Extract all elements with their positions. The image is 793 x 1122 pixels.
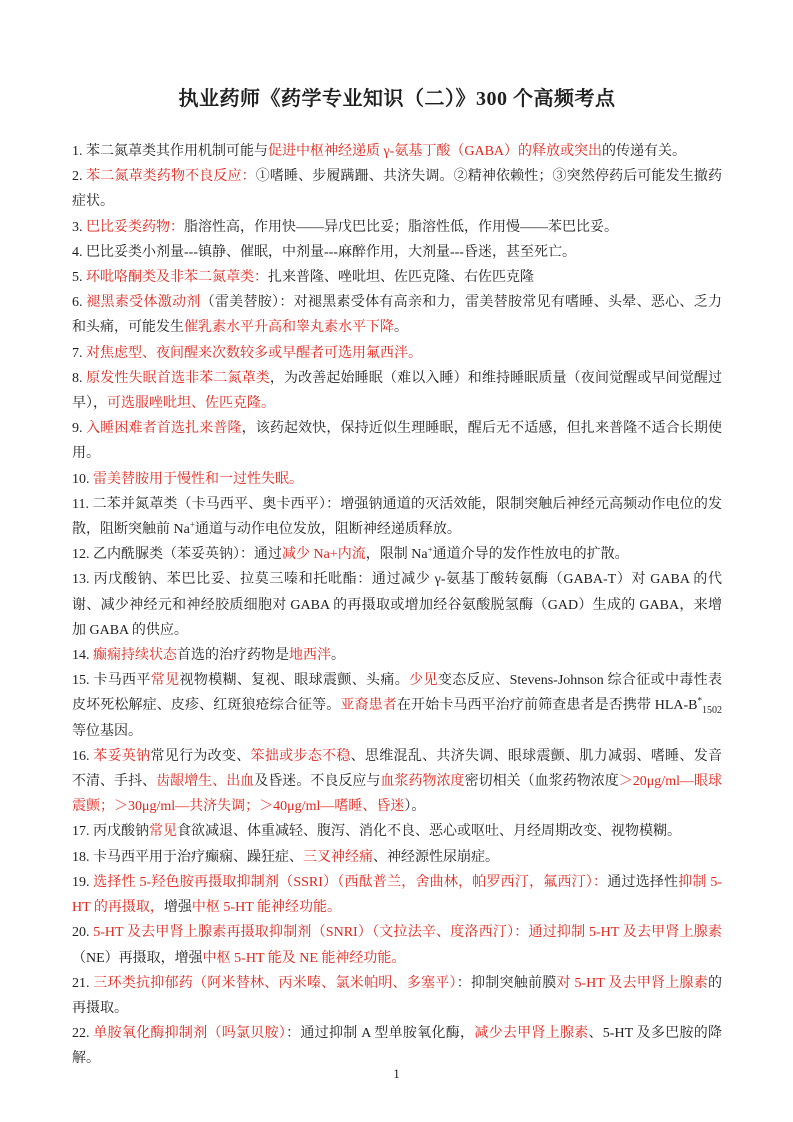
text-run: 4. 巴比妥类小剂量---镇静、催眠，中剂量---麻醉作用，大剂量---昏迷，甚… [72, 245, 576, 260]
document-page: 执业药师《药学专业知识（二）》300 个高频考点 1. 苯二氮䓬类其作用机制可能… [0, 0, 793, 1122]
paragraph: 7. 对焦虑型、夜间醒来次数较多或早醒者可选用氟西泮。 [72, 341, 722, 366]
text-run: 10. [72, 472, 93, 487]
text-run: 环吡咯酮类及非苯二氮䓬类： [86, 270, 268, 285]
text-run: 5. [72, 270, 86, 285]
text-run: 视物模糊、复视、眼球震颤、头痛。 [179, 673, 409, 688]
text-run: 及昏迷。不良反应与 [254, 774, 380, 789]
text-run: 的传递有关。 [602, 144, 686, 159]
text-run: 常见行为改变、 [150, 749, 250, 764]
text-run: ：通过抑制 A 型单胺氧化酶， [286, 1026, 474, 1041]
text-run: 亚裔患者 [340, 698, 397, 713]
text-run: 常见 [149, 824, 177, 839]
paragraph: 13. 丙戊酸钠、苯巴比妥、拉莫三嗪和托吡酯：通过减少 γ-氨基丁酸转氨酶（GA… [72, 567, 722, 643]
text-run: 。 [331, 648, 345, 663]
text-run: 19. [72, 875, 93, 890]
text-run: 通道介导的发作性放电的扩散。 [433, 547, 629, 562]
text-run: 中枢 5-HT 能及 NE 能神经功能。 [203, 951, 406, 966]
paragraph: 1. 苯二氮䓬类其作用机制可能与促进中枢神经递质 γ-氨基丁酸（GABA）的释放… [72, 139, 722, 164]
text-run: 通过选择性 [607, 875, 678, 890]
text-run: 三环类抗抑郁药（阿米替林、丙米嗪、氯米帕明、多塞平） [93, 976, 456, 991]
text-run: （NE）再摄取，增强 [72, 951, 203, 966]
paragraph: 19. 选择性 5-羟色胺再摄取抑制剂（SSRI）（西酞普兰，舍曲林，帕罗西汀，… [72, 870, 722, 920]
text-run: 18. 卡马西平用于治疗癫痫、躁狂症、 [72, 850, 303, 865]
text-run: 褪黑素受体激动剂 [86, 295, 200, 310]
text-run: 17. 丙戊酸钠 [72, 824, 149, 839]
text-run: 20. [72, 925, 93, 940]
text-run: 13. 丙戊酸钠、苯巴比妥、拉莫三嗪和托吡酯：通过减少 γ-氨基丁酸转氨酶（GA… [72, 572, 722, 637]
paragraph: 18. 卡马西平用于治疗癫痫、躁狂症、三叉神经痛、神经源性尿崩症。 [72, 845, 722, 870]
text-run: 苯二氮䓬类药物不良反应： [86, 169, 256, 184]
text-run: 血浆药物浓度 [380, 774, 464, 789]
text-run: 对 5-HT 及去甲肾上腺素 [556, 976, 708, 991]
document-body: 1. 苯二氮䓬类其作用机制可能与促进中枢神经递质 γ-氨基丁酸（GABA）的释放… [72, 139, 722, 1072]
paragraph: 3. 巴比妥类药物：脂溶性高，作用快——异戊巴比妥；脂溶性低，作用慢——苯巴比妥… [72, 215, 722, 240]
text-run: 原发性失眠首选非苯二氮䓬类 [86, 371, 270, 386]
text-run: 苯妥英钠 [93, 749, 150, 764]
text-run: 巴比妥类药物： [86, 220, 184, 235]
text-run: 、神经源性尿崩症。 [373, 850, 499, 865]
text-run: 可选服唑吡坦、佐匹克隆。 [107, 396, 275, 411]
text-run: 3. [72, 220, 86, 235]
text-run: 9. [72, 421, 86, 436]
text-run: 减少去甲肾上腺素 [474, 1026, 588, 1041]
text-run: 通道与动作电位发放，阻断神经递质释放。 [195, 522, 461, 537]
paragraph: 5. 环吡咯酮类及非苯二氮䓬类：扎来普隆、唑吡坦、佐匹克隆、右佐匹克隆 [72, 265, 722, 290]
paragraph: 9. 入睡困难者首选扎来普隆，该药起效快，保持近似生理睡眠，醒后无不适感，但扎来… [72, 416, 722, 466]
paragraph: 6. 褪黑素受体激动剂（雷美替胺）：对褪黑素受体有高亲和力，雷美替胺常见有嗜睡、… [72, 290, 722, 340]
text-run: ）。 [404, 799, 425, 814]
text-run: 14. [72, 648, 93, 663]
text-run: 8. [72, 371, 86, 386]
paragraph: 14. 癫痫持续状态首选的治疗药物是地西泮。 [72, 643, 722, 668]
text-run: 促进中枢神经递质 γ-氨基丁酸（GABA）的释放或突出 [268, 144, 602, 159]
text-run: 催乳素水平升高和睾丸素水平下降 [184, 320, 394, 335]
paragraph: 20. 5-HT 及去甲肾上腺素再摄取抑制剂（SNRI）（文拉法辛、度洛西汀）：… [72, 920, 722, 970]
paragraph: 10. 雷美替胺用于慢性和一过性失眠。 [72, 467, 722, 492]
text-run: 常见 [151, 673, 180, 688]
text-run: 地西泮 [289, 648, 331, 663]
paragraph: 16. 苯妥英钠常见行为改变、笨拙或步态不稳、思维混乱、共济失调、眼球震颤、肌力… [72, 744, 722, 820]
text-run: 6. [72, 295, 86, 310]
text-run: 单胺氧化酶抑制剂（吗氯贝胺） [93, 1026, 286, 1041]
paragraph: 4. 巴比妥类小剂量---镇静、催眠，中剂量---麻醉作用，大剂量---昏迷，甚… [72, 240, 722, 265]
document-title: 执业药师《药学专业知识（二）》300 个高频考点 [72, 86, 722, 112]
text-run: 16. [72, 749, 93, 764]
text-run: 密切相关（血浆药物浓度 [465, 774, 619, 789]
paragraph: 22. 单胺氧化酶抑制剂（吗氯贝胺）：通过抑制 A 型单胺氧化酶，减少去甲肾上腺… [72, 1021, 722, 1071]
text-run: 笨拙或步态不稳 [251, 749, 351, 764]
text-run: 癫痫持续状态 [93, 648, 177, 663]
paragraph: 11. 二苯并氮䓬类（卡马西平、奥卡西平）：增强钠通道的灭活效能，限制突触后神经… [72, 492, 722, 542]
text-run: 扎来普隆、唑吡坦、佐匹克隆、右佐匹克隆 [268, 270, 534, 285]
text-run: 等位基因。 [72, 724, 142, 739]
text-run: 雷美替胺用于慢性和一过性失眠。 [93, 472, 303, 487]
text-run: 齿龈增生、出血 [156, 774, 254, 789]
text-run: 5-HT 及去甲肾上腺素再摄取抑制剂（SNRI）（文拉法辛、度洛西汀）：通过抑制… [93, 925, 722, 940]
text-run: 中枢 5-HT 能神经功能。 [192, 900, 341, 915]
paragraph: 8. 原发性失眠首选非苯二氮䓬类，为改善起始睡眠（难以入睡）和维持睡眠质量（夜间… [72, 366, 722, 416]
text-run: ：抑制突触前膜 [457, 976, 557, 991]
text-run: 减少 Na+内流 [282, 547, 366, 562]
text-run: 增强 [164, 900, 192, 915]
text-run: 7. [72, 346, 86, 361]
paragraph: 15. 卡马西平常见视物模糊、复视、眼球震颤、头痛。少见变态反应、Stevens… [72, 668, 722, 744]
paragraph: 21. 三环类抗抑郁药（阿米替林、丙米嗪、氯米帕明、多塞平）：抑制突触前膜对 5… [72, 971, 722, 1021]
text-run: 22. [72, 1026, 93, 1041]
text-run: 少见 [409, 673, 438, 688]
text-run: 12. 乙内酰脲类（苯妥英钠）：通过 [72, 547, 282, 562]
text-run: 15. 卡马西平 [72, 673, 151, 688]
paragraph: 2. 苯二氮䓬类药物不良反应：①嗜睡、步履蹒跚、共济失调。②精神依赖性；③突然停… [72, 164, 722, 214]
text-run: 入睡困难者首选扎来普隆 [86, 421, 241, 436]
text-run: 在开始卡马西平治疗前筛查患者是否携带 HLA-B [397, 698, 698, 713]
text-run: 。 [394, 320, 408, 335]
text-run: 三叉神经痛 [303, 850, 373, 865]
text-run: 食欲减退、体重减轻、腹泻、消化不良、恶心或呕吐、月经周期改变、视物模糊。 [177, 824, 681, 839]
page-number: 1 [0, 1066, 793, 1082]
text-run: 1502 [702, 705, 722, 716]
paragraph: 12. 乙内酰脲类（苯妥英钠）：通过减少 Na+内流，限制 Na+通道介导的发作… [72, 542, 722, 567]
text-run: 21. [72, 976, 93, 991]
text-run: 首选的治疗药物是 [177, 648, 289, 663]
text-run: 2. [72, 169, 86, 184]
text-run: 选择性 5-羟色胺再摄取抑制剂（SSRI）（西酞普兰，舍曲林，帕罗西汀，氟西汀）… [93, 875, 607, 890]
text-run: 1. 苯二氮䓬类其作用机制可能与 [72, 144, 268, 159]
text-run: 对焦虑型、夜间醒来次数较多或早醒者可选用氟西泮。 [86, 346, 422, 361]
text-run: 脂溶性高，作用快——异戊巴比妥；脂溶性低，作用慢——苯巴比妥。 [184, 220, 618, 235]
text-run: ，限制 Na [366, 547, 428, 562]
paragraph: 17. 丙戊酸钠常见食欲减退、体重减轻、腹泻、消化不良、恶心或呕吐、月经周期改变… [72, 819, 722, 844]
